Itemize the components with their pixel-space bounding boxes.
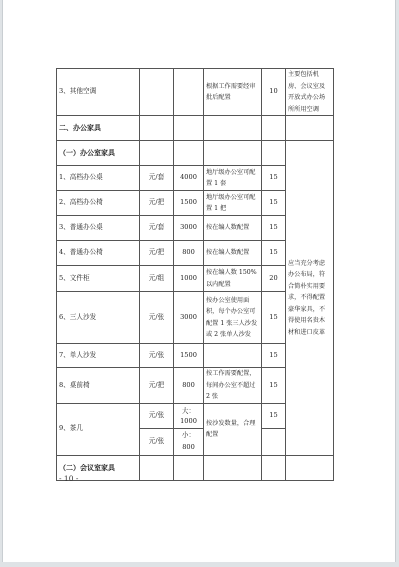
item-years: 15 — [262, 292, 286, 344]
item-unit: 元/把 — [140, 191, 174, 216]
item-basis: 地厅级办公室可配置 1 把 — [204, 191, 262, 216]
item-name: 3、其他空调 — [57, 69, 140, 116]
item-years: 15 — [262, 166, 286, 191]
item-years: 15 — [262, 191, 286, 216]
item-unit-large: 元/张 — [140, 403, 174, 428]
furniture-standards-table: 3、其他空调 根据工作需要经审批后配置 10 主要包括机房、会议室及开放式办公场… — [56, 68, 334, 481]
section-title: 二、办公家具 — [57, 116, 140, 141]
item-years: 15 — [262, 368, 286, 404]
item-price: 1500 — [174, 344, 204, 368]
section-row: （二）会议室家具 — [57, 455, 334, 480]
item-basis: 地厅级办公室可配置 1 套 — [204, 166, 262, 191]
item-years: 15 — [262, 241, 286, 266]
item-unit: 元/张 — [140, 344, 174, 368]
item-unit: 元/套 — [140, 216, 174, 241]
item-basis — [204, 344, 262, 368]
item-price: 1000 — [174, 266, 204, 292]
section-row: （一）办公室家具 应当充分考虑办公布局，符合简朴实用要求，不得配置豪华家具，不得… — [57, 141, 334, 166]
item-unit: 元/把 — [140, 368, 174, 404]
document-page: 3、其他空调 根据工作需要经审批后配置 10 主要包括机房、会议室及开放式办公场… — [2, 0, 396, 562]
item-price: 800 — [174, 241, 204, 266]
item-years: 15 — [262, 403, 286, 428]
item-name: 3、普通办公桌 — [57, 216, 140, 241]
item-name: 5、文件柜 — [57, 266, 140, 292]
item-price-small: 小：800 — [174, 428, 204, 455]
item-basis: 按办公室使用面积，每个办公室可配置 1 张三人沙发或 2 张单人沙发 — [204, 292, 262, 344]
item-basis: 按沙发数量，合理配置 — [204, 403, 262, 455]
item-name: 7、单人沙发 — [57, 344, 140, 368]
item-unit: 元/张 — [140, 292, 174, 344]
item-name: 4、普通办公椅 — [57, 241, 140, 266]
item-unit — [140, 69, 174, 116]
table-row: 3、其他空调 根据工作需要经审批后配置 10 主要包括机房、会议室及开放式办公场… — [57, 69, 334, 116]
item-price: 3000 — [174, 292, 204, 344]
item-price — [174, 69, 204, 116]
item-unit: 元/把 — [140, 241, 174, 266]
item-name: 8、桌前椅 — [57, 368, 140, 404]
office-furniture-note: 应当充分考虑办公布局，符合简朴实用要求，不得配置豪华家具，不得使用名贵木材和进口… — [286, 141, 334, 456]
item-price-large: 大：1000 — [174, 403, 204, 428]
page-number: - 10 - — [59, 474, 78, 483]
item-price: 4000 — [174, 166, 204, 191]
item-price: 800 — [174, 368, 204, 404]
item-years: 20 — [262, 266, 286, 292]
section-row: 二、办公家具 — [57, 116, 334, 141]
item-unit: 元/组 — [140, 266, 174, 292]
item-basis: 按在编人数 150%以内配置 — [204, 266, 262, 292]
item-name: 2、高档办公椅 — [57, 191, 140, 216]
item-unit-small: 元/张 — [140, 428, 174, 455]
item-years: 15 — [262, 216, 286, 241]
item-basis: 按工作需要配置，每间办公室不超过 2 张 — [204, 368, 262, 404]
item-unit: 元/套 — [140, 166, 174, 191]
item-basis: 根据工作需要经审批后配置 — [204, 69, 262, 116]
item-name: 1、高档办公桌 — [57, 166, 140, 191]
item-name: 9、茶几 — [57, 403, 140, 455]
item-basis: 按在编人数配置 — [204, 241, 262, 266]
item-price: 3000 — [174, 216, 204, 241]
item-name: 6、三人沙发 — [57, 292, 140, 344]
subsection-title: （一）办公室家具 — [57, 141, 140, 166]
item-years: 15 — [262, 344, 286, 368]
item-years: 10 — [262, 69, 286, 116]
item-note: 主要包括机房、会议室及开放式办公场所所用空调 — [286, 69, 334, 116]
item-basis: 按在编人数配置 — [204, 216, 262, 241]
item-price: 1500 — [174, 191, 204, 216]
